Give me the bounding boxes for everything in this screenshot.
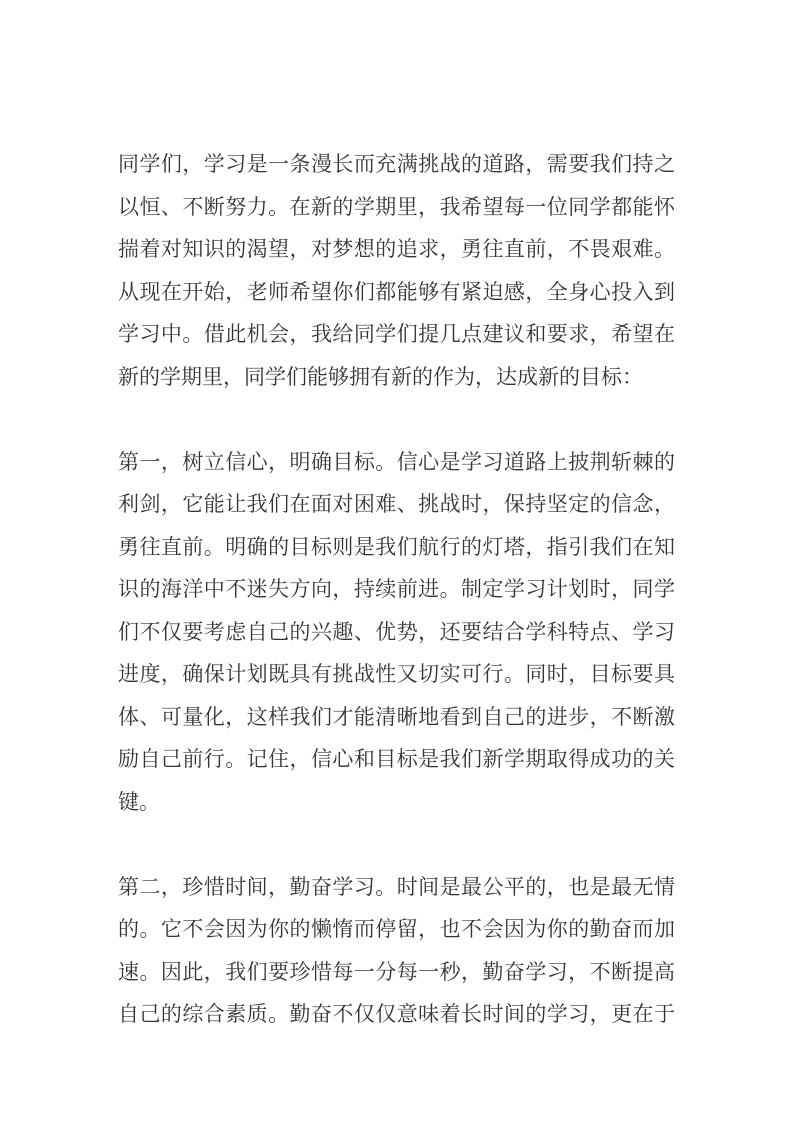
text-line: 第二，珍惜时间，勤奋学习。时间是最公平的，也是最无情 [118,867,675,910]
text-line: 揣着对知识的渴望，对梦想的追求，勇往直前，不畏艰难。 [118,229,675,272]
document-body: 同学们，学习是一条漫长而充满挑战的道路，需要我们持之以恒、不断努力。在新的学期里… [118,144,675,1037]
text-line: 识的海洋中不迷失方向，持续前进。制定学习计划时，同学 [118,569,675,612]
paragraph: 同学们，学习是一条漫长而充满挑战的道路，需要我们持之以恒、不断努力。在新的学期里… [118,144,675,399]
text-line: 们不仅要考虑自己的兴趣、优势，还要结合学科特点、学习 [118,612,675,655]
text-line: 学习中。借此机会，我给同学们提几点建议和要求，希望在 [118,314,675,357]
text-line: 勇往直前。明确的目标则是我们航行的灯塔，指引我们在知 [118,527,675,570]
text-line: 以恒、不断努力。在新的学期里，我希望每一位同学都能怀 [118,187,675,230]
text-line: 速。因此，我们要珍惜每一分每一秒，勤奋学习，不断提高 [118,952,675,995]
paragraph: 第一，树立信心，明确目标。信心是学习道路上披荆斩棘的利剑，它能让我们在面对困难、… [118,442,675,825]
document-page: 同学们，学习是一条漫长而充满挑战的道路，需要我们持之以恒、不断努力。在新的学期里… [0,0,793,1122]
text-line: 励自己前行。记住，信心和目标是我们新学期取得成功的关 [118,739,675,782]
text-line: 进度，确保计划既具有挑战性又切实可行。同时，目标要具 [118,654,675,697]
paragraph: 第二，珍惜时间，勤奋学习。时间是最公平的，也是最无情的。它不会因为你的懒惰而停留… [118,867,675,1037]
text-line: 体、可量化，这样我们才能清晰地看到自己的进步，不断激 [118,697,675,740]
text-line: 键。 [118,782,675,825]
text-line: 新的学期里，同学们能够拥有新的作为，达成新的目标： [118,357,675,400]
text-line: 第一，树立信心，明确目标。信心是学习道路上披荆斩棘的 [118,442,675,485]
text-line: 从现在开始，老师希望你们都能够有紧迫感，全身心投入到 [118,272,675,315]
text-line: 的。它不会因为你的懒惰而停留，也不会因为你的勤奋而加 [118,909,675,952]
text-line: 利剑，它能让我们在面对困难、挑战时，保持坚定的信念， [118,484,675,527]
text-line: 同学们，学习是一条漫长而充满挑战的道路，需要我们持之 [118,144,675,187]
text-line: 自己的综合素质。勤奋不仅仅意味着长时间的学习，更在于 [118,994,675,1037]
